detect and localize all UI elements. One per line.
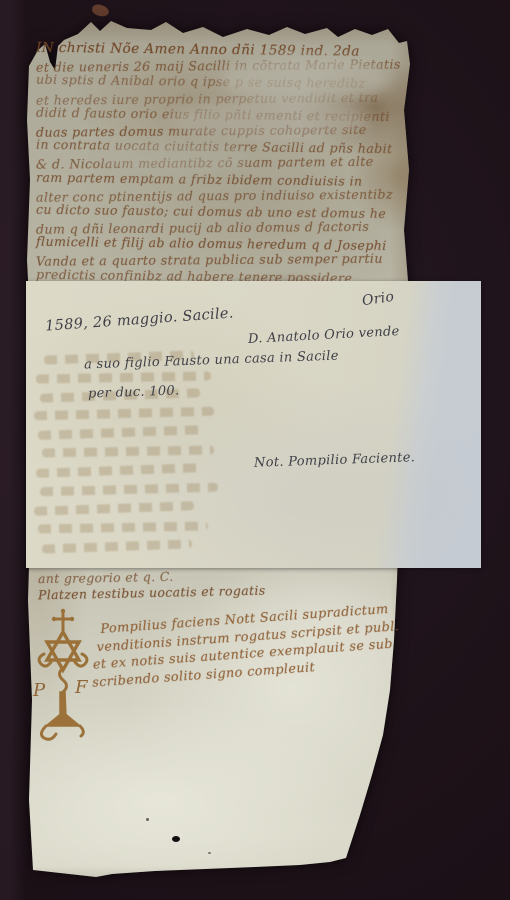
parchment-speck — [208, 852, 211, 854]
notary-initial-p: P — [33, 680, 45, 701]
parchment-speck — [146, 818, 149, 821]
photo-stage: IN christi Nõe Amen Anno dñi 1589 ind. 2… — [0, 0, 510, 900]
archival-note: Orio 1589, 26 maggio. Sacile. D. Anatolo… — [26, 281, 481, 568]
parchment-hole — [172, 836, 180, 842]
note-body-line: per duc. 100. — [88, 383, 180, 401]
manuscript-line: ant gregorio et q. C. — [38, 569, 174, 586]
notary-initial-f: F — [75, 677, 88, 698]
manuscript-upper-block: IN christi Nõe Amen Anno dñi 1589 ind. 2… — [36, 42, 418, 285]
